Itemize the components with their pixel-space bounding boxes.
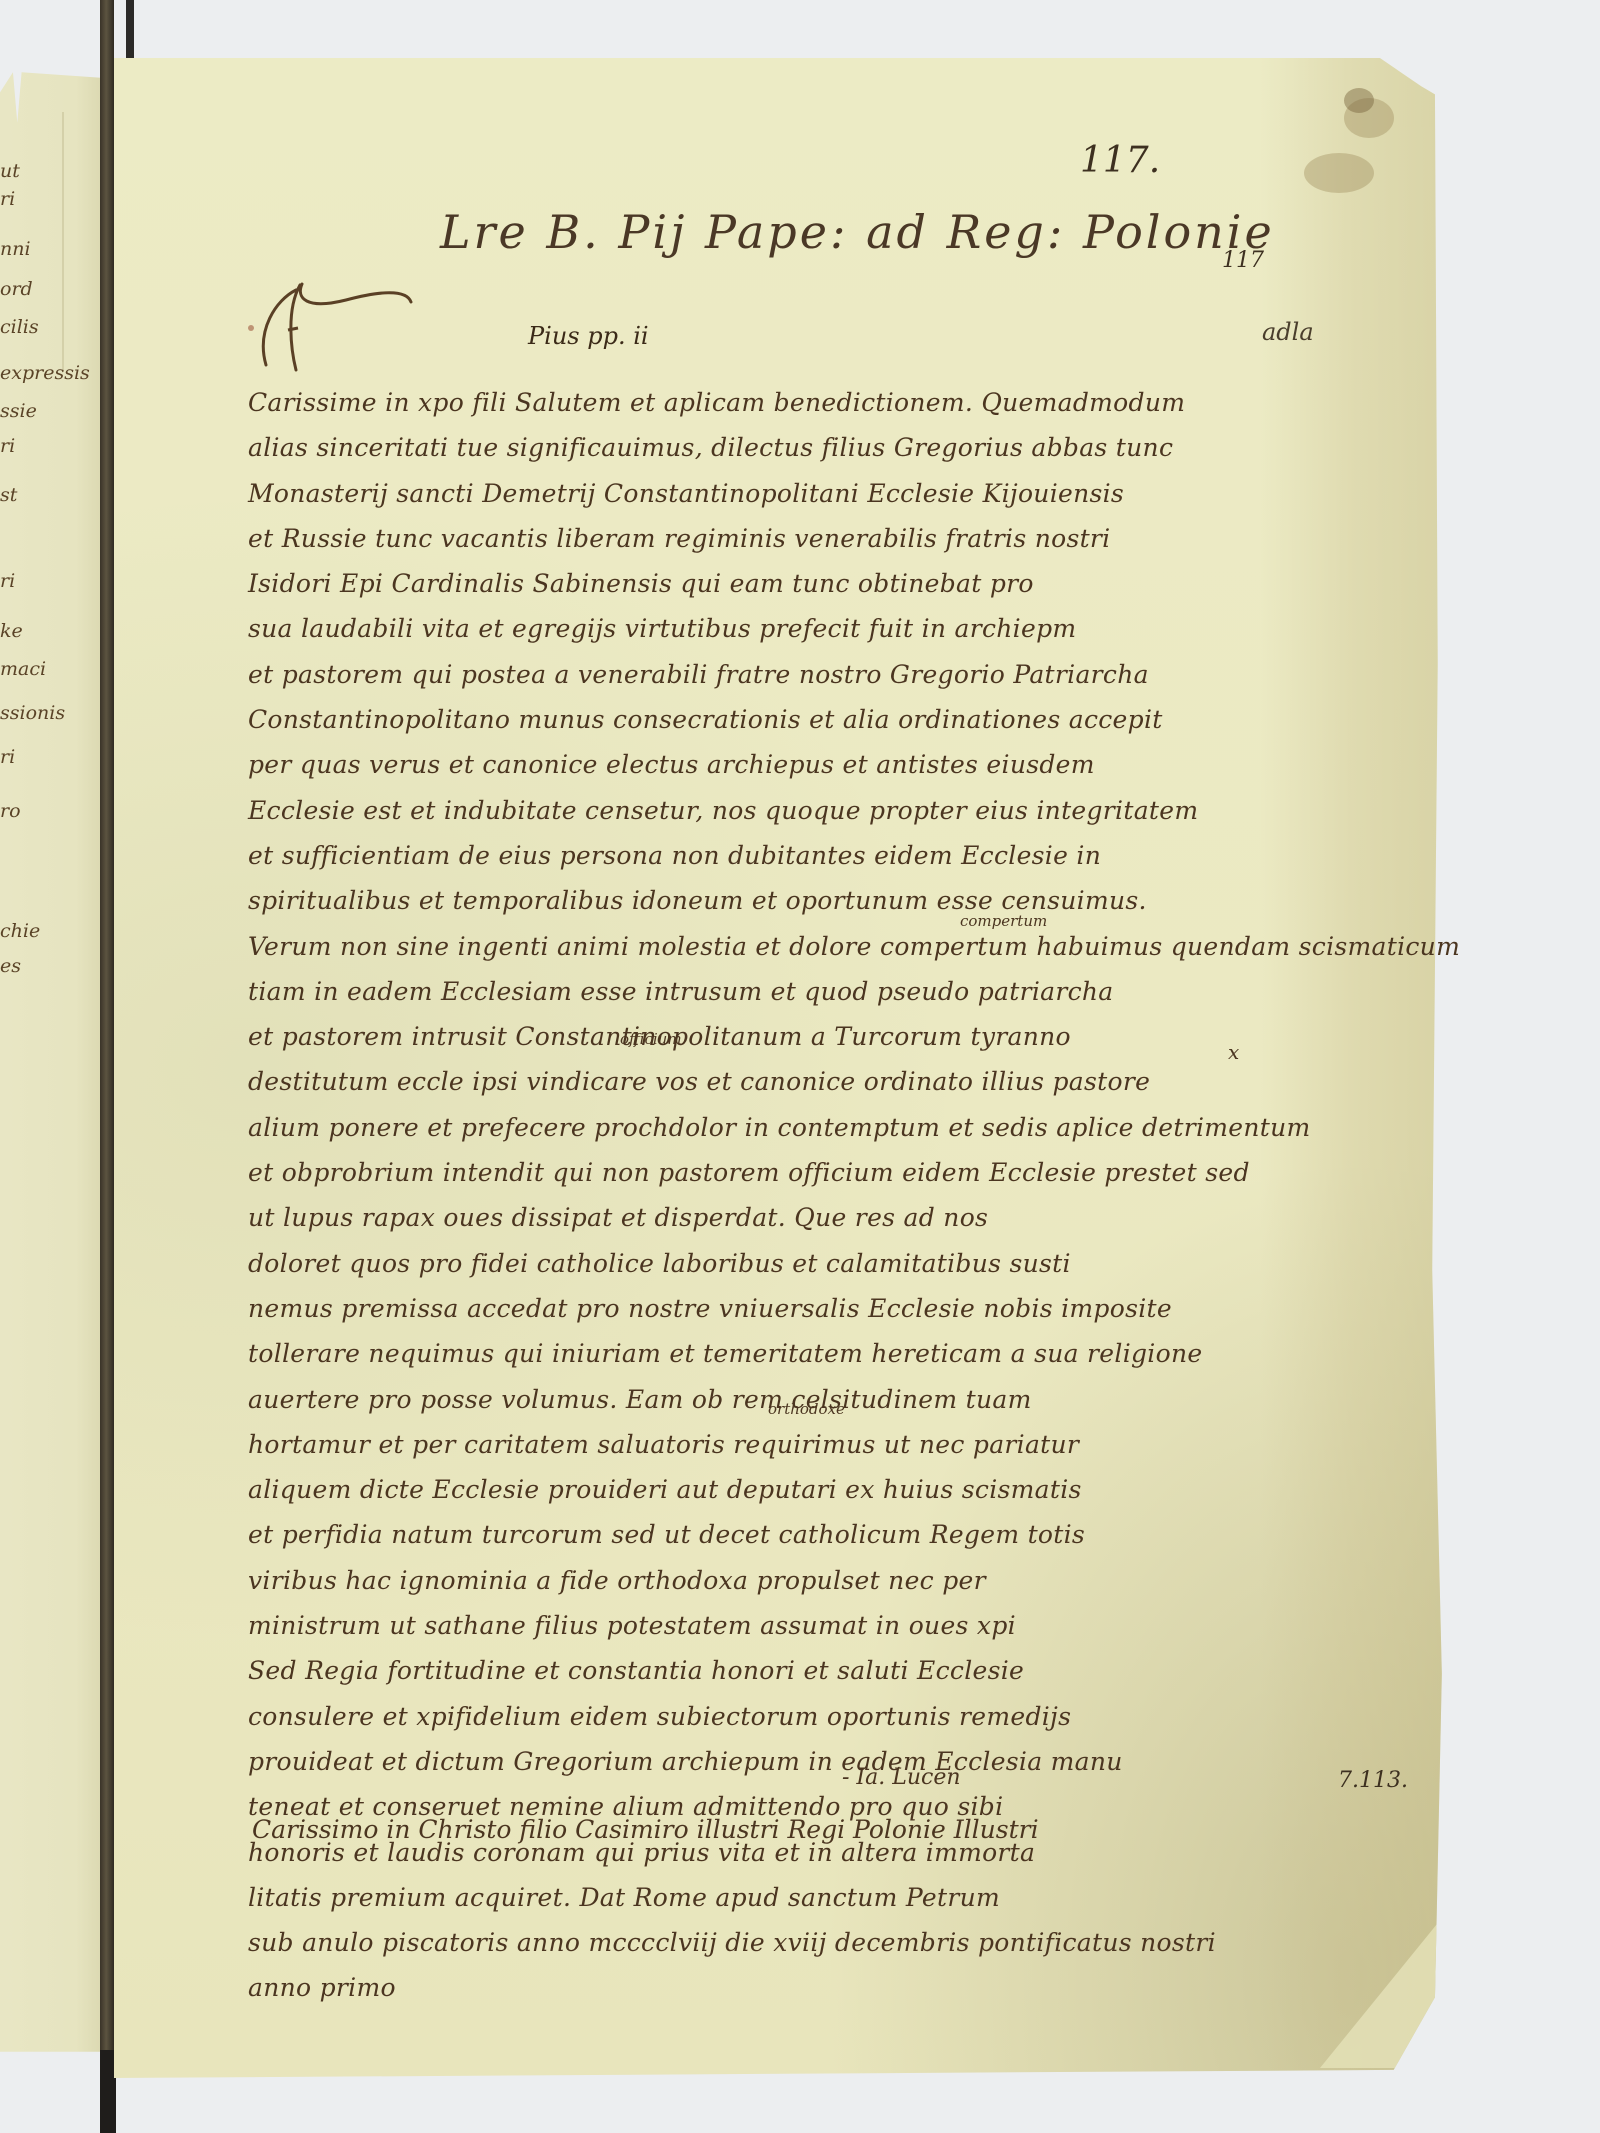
letter-body: Carissime in xpo fili Salutem et aplicam…	[248, 380, 1248, 2011]
body-line: Constantinopolitano munus consecrationis…	[248, 697, 1248, 742]
body-line: litatis premium acquiret. Dat Rome apud …	[248, 1875, 1248, 1920]
secretary-signature: - Ia. Lucen	[842, 1765, 961, 1790]
body-line: et pastorem intrusit Constantinopolitanu…	[248, 1014, 1248, 1059]
body-line: nemus premissa accedat pro nostre vniuer…	[248, 1286, 1248, 1331]
body-line: alium ponere et prefecere prochdolor in …	[248, 1105, 1248, 1150]
body-line: sub anulo piscatoris anno mcccclviij die…	[248, 1920, 1248, 1965]
right-edge-mark: x	[1228, 1040, 1239, 1064]
left-fragment: expressis	[0, 362, 90, 384]
body-line: spiritualibus et temporalibus idoneum et…	[248, 878, 1248, 923]
letter-heading: Lre B. Pij Pape: ad Reg: Polonie	[440, 205, 1275, 259]
pope-name-subheading: Pius pp. ii	[528, 322, 649, 350]
left-facing-page	[0, 52, 108, 2072]
body-line: auertere pro posse volumus. Eam ob rem c…	[248, 1377, 1248, 1422]
left-fragment: st	[0, 484, 17, 506]
body-line: et perfidia natum turcorum sed ut decet …	[248, 1512, 1248, 1557]
body-line: Ecclesie est et indubitate censetur, nos…	[248, 788, 1248, 833]
interlinear-insertion: compertum	[960, 912, 1047, 930]
body-line: et Russie tunc vacantis liberam regimini…	[248, 516, 1248, 561]
body-line: anno primo	[248, 1965, 1248, 2010]
body-line: Carissime in xpo fili Salutem et aplicam…	[248, 380, 1248, 425]
body-line: Sed Regia fortitudine et constantia hono…	[248, 1648, 1248, 1693]
heading-folio-note: 117	[1222, 248, 1264, 273]
bottom-folio-number: 7.113.	[1338, 1768, 1408, 1793]
left-fragment: ord	[0, 278, 33, 300]
body-line: consulere et xpifidelium eidem subiector…	[248, 1694, 1248, 1739]
left-fragment: ssie	[0, 400, 37, 422]
body-line: Monasterij sancti Demetrij Constantinopo…	[248, 471, 1248, 516]
body-line: per quas verus et canonice electus archi…	[248, 742, 1248, 787]
body-line: sua laudabili vita et egregijs virtutibu…	[248, 606, 1248, 651]
body-line: tollerare nequimus qui iniuriam et temer…	[248, 1331, 1248, 1376]
body-line: destitutum eccle ipsi vindicare vos et c…	[248, 1059, 1248, 1104]
water-stain	[1344, 88, 1374, 113]
body-line: hortamur et per caritatem saluatoris req…	[248, 1422, 1248, 1467]
left-fragment: ri	[0, 188, 15, 210]
body-line: prouideat et dictum Gregorium archiepum …	[248, 1739, 1248, 1784]
page-crack	[62, 112, 64, 372]
body-line: doloret quos pro fidei catholice laborib…	[248, 1241, 1248, 1286]
water-stain	[1304, 153, 1374, 193]
interlinear-insertion: orthodoxe	[768, 1400, 845, 1418]
body-line: et obprobrium intendit qui non pastorem …	[248, 1150, 1248, 1195]
body-line: Verum non sine ingenti animi molestia et…	[248, 924, 1248, 969]
body-line: viribus hac ignominia a fide orthodoxa p…	[248, 1558, 1248, 1603]
left-fragment: nni	[0, 238, 31, 260]
body-line: aliquem dicte Ecclesie prouideri aut dep…	[248, 1467, 1248, 1512]
body-line: tiam in eadem Ecclesiam esse intrusum et…	[248, 969, 1248, 1014]
book-gutter	[100, 0, 114, 2133]
left-fragment: ri	[0, 746, 15, 768]
folio-number: 117.	[1080, 140, 1160, 181]
left-fragment: ut	[0, 160, 20, 182]
body-line: alias sinceritati tue significauimus, di…	[248, 425, 1248, 470]
left-fragment: ssionis	[0, 702, 65, 724]
left-fragment: maci	[0, 658, 46, 680]
body-line: Isidori Epi Cardinalis Sabinensis qui ea…	[248, 561, 1248, 606]
left-fragment: es	[0, 955, 21, 977]
left-fragment: ke	[0, 620, 23, 642]
right-margin-note: adla	[1262, 318, 1314, 346]
body-line: ut lupus rapax oues dissipat et disperda…	[248, 1195, 1248, 1240]
gutter-shadow-bottom	[100, 2050, 116, 2133]
left-fragment: ri	[0, 570, 15, 592]
body-line: et pastorem qui postea a venerabili frat…	[248, 652, 1248, 697]
left-fragment: ri	[0, 435, 15, 457]
ornate-initial-c-icon	[236, 270, 416, 380]
left-fragment: ro	[0, 800, 21, 822]
left-fragment: cilis	[0, 316, 39, 338]
body-line: ministrum ut sathane filius potestatem a…	[248, 1603, 1248, 1648]
body-line: et sufficientiam de eius persona non dub…	[248, 833, 1248, 878]
interlinear-insertion: officium	[620, 1030, 682, 1048]
address-line: Carissimo in Christo filio Casimiro illu…	[252, 1815, 1039, 1844]
left-fragment: chie	[0, 920, 40, 942]
